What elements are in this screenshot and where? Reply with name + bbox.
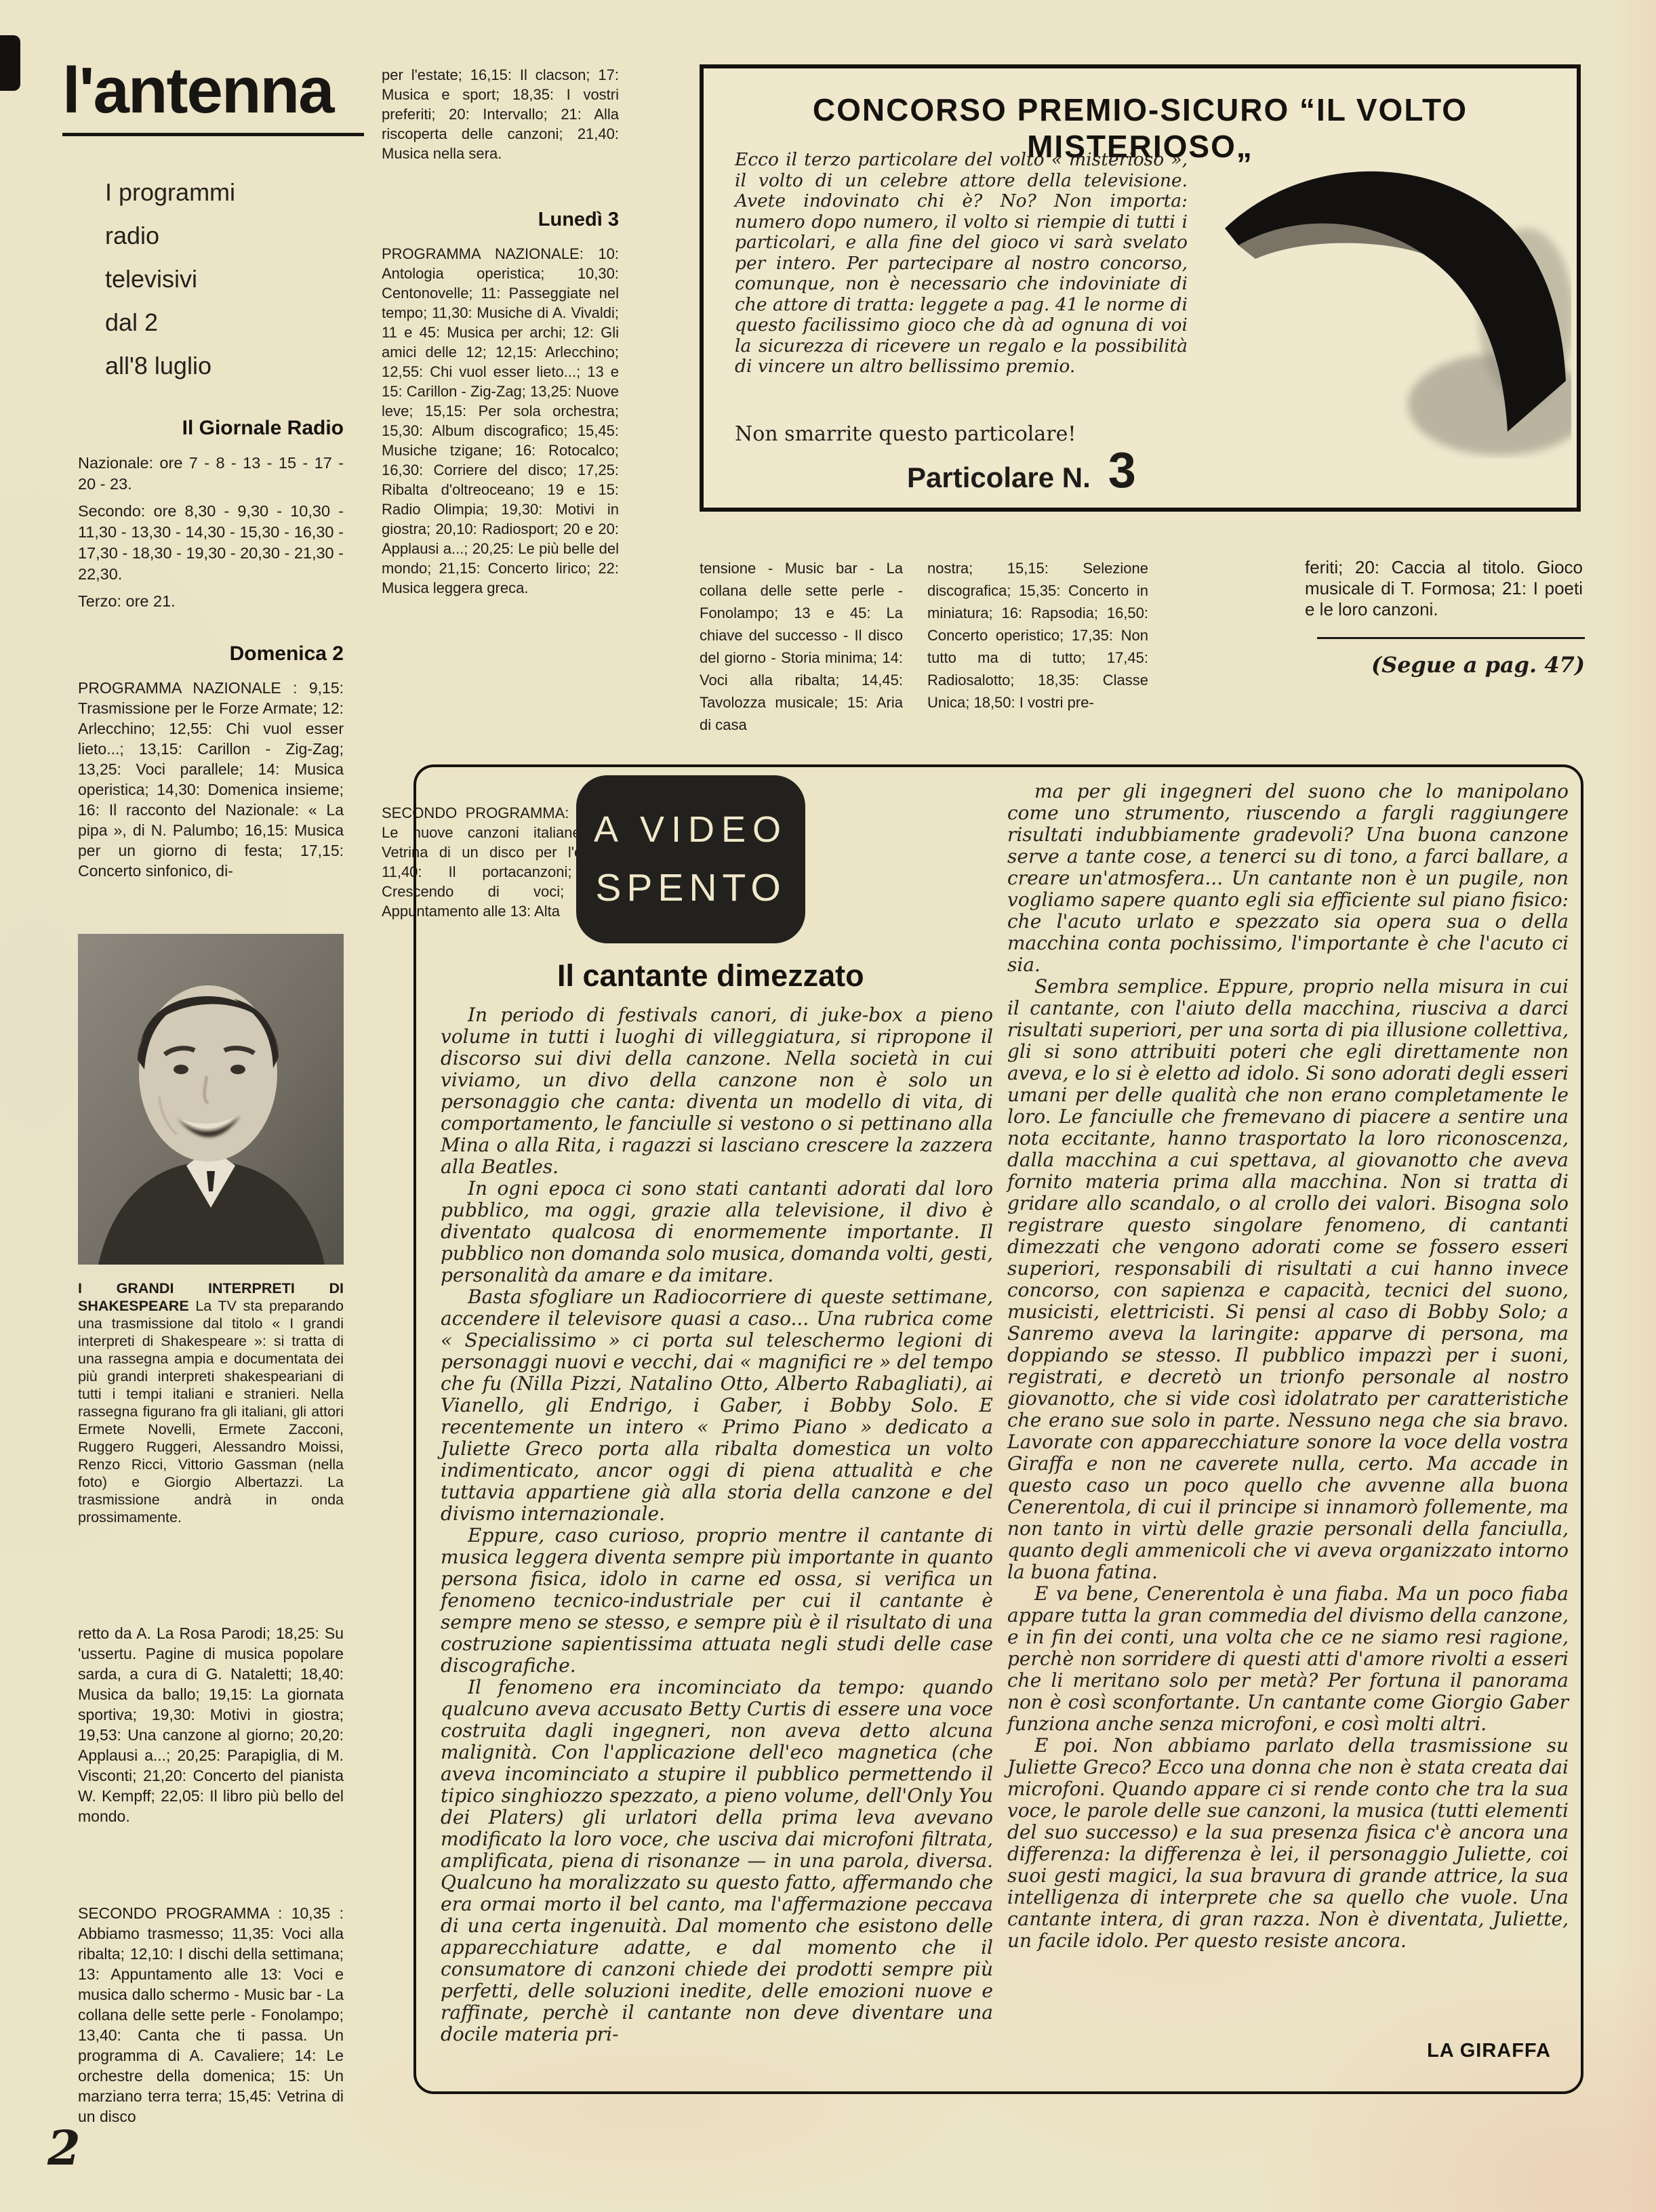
lunedi-secondo-part3: nostra; 15,15: Selezione discografica; 1… xyxy=(927,557,1148,714)
rubric-line1: A VIDEO xyxy=(594,808,788,851)
contest-body: Ecco il terzo particolare del volto « mi… xyxy=(735,150,1188,377)
giornale-radio-schedule: Nazionale: ore 7 - 8 - 13 - 15 - 17 - 20… xyxy=(78,453,344,612)
masthead-rule xyxy=(62,133,364,136)
schedule-secondo: Secondo: ore 8,30 - 9,30 - 10,30 - 11,30… xyxy=(78,501,344,585)
masthead-title: l'antenna xyxy=(62,58,334,123)
article-paragraph: E va bene, Cenerentola è una fiaba. Ma u… xyxy=(1007,1583,1569,1735)
domenica-nazionale-part2: retto da A. La Rosa Parodi; 18,25: Su 'u… xyxy=(78,1623,344,1826)
lunedi-nazionale: PROGRAMMA NAZIONALE: 10: Antologia operi… xyxy=(382,244,619,598)
rubric-tv-badge: A VIDEO SPENTO xyxy=(576,775,805,943)
article-paragraph: Il fenomeno era incominciato da tempo: q… xyxy=(441,1677,993,2045)
contest-warning: Non smarrite questo particolare! xyxy=(735,422,1076,446)
magazine-page: { "page": { "number": "2", "masthead": "… xyxy=(0,0,1656,2212)
article-paragraph: ma per gli ingegneri del suono che lo ma… xyxy=(1007,781,1569,976)
article-signature: LA GIRAFFA xyxy=(1427,2040,1551,2062)
continuation-note: (Segue a pag. 47) xyxy=(1317,652,1585,678)
domenica-secondo-part1: SECONDO PROGRAMMA : 10,35 : Abbiamo tras… xyxy=(78,1903,344,2127)
domenica-secondo-part2: per l'estate; 16,15: Il clacson; 17: Mus… xyxy=(382,65,619,163)
photo-caption: I GRANDI INTERPRETI DI SHAKESPEARE La TV… xyxy=(78,1279,344,1526)
intro-line: I programmi xyxy=(105,171,235,214)
continuation-rule xyxy=(1317,637,1585,639)
intro-line: dal 2 xyxy=(105,301,235,344)
lunedi-heading: Lunedì 3 xyxy=(382,209,619,231)
intro-line: televisivi xyxy=(105,258,235,301)
giornale-radio-heading: Il Giornale Radio xyxy=(78,417,344,440)
article-column-left: In periodo di festivals canori, di juke-… xyxy=(441,1004,993,2045)
article-paragraph: Eppure, caso curioso, proprio mentre il … xyxy=(441,1525,993,1677)
mystery-face-fragment-photo xyxy=(1188,113,1571,459)
domenica-heading: Domenica 2 xyxy=(78,642,344,665)
contest-particular: Particolare N. 3 xyxy=(907,445,1136,495)
gassman-photo xyxy=(78,934,344,1265)
contest-box: CONCORSO PREMIO-SICURO “IL VOLTO MISTERI… xyxy=(700,64,1581,512)
caption-text: La TV sta preparando una trasmissione da… xyxy=(78,1298,344,1525)
rubric-line2: SPENTO xyxy=(595,865,786,910)
intro-line: all'8 luglio xyxy=(105,344,235,388)
schedule-terzo: Terzo: ore 21. xyxy=(78,591,344,612)
paper-tint-right-edge xyxy=(1613,0,1656,2212)
domenica-nazionale-part1: PROGRAMMA NAZIONALE : 9,15: Trasmissione… xyxy=(78,678,344,881)
article-column-right: ma per gli ingegneri del suono che lo ma… xyxy=(1007,781,1569,1952)
scan-mark-top-left xyxy=(0,35,20,91)
particular-number: 3 xyxy=(1108,445,1136,495)
particular-label: Particolare N. xyxy=(907,462,1091,494)
article-paragraph: Sembra semplice. Eppure, proprio nella m… xyxy=(1007,976,1569,1583)
article-headline: Il cantante dimezzato xyxy=(557,958,864,994)
article-box: A VIDEO SPENTO Il cantante dimezzato In … xyxy=(413,764,1583,2094)
lunedi-secondo-part2: tensione - Music bar - La collana delle … xyxy=(700,557,903,736)
lunedi-secondo-part4: feriti; 20: Caccia al titolo. Gioco musi… xyxy=(1305,557,1583,620)
intro-lines: I programmi radio televisivi dal 2 all'8… xyxy=(105,171,235,388)
article-paragraph: Basta sfogliare un Radiocorriere di ques… xyxy=(441,1286,993,1525)
article-paragraph: In periodo di festivals canori, di juke-… xyxy=(441,1004,993,1178)
article-paragraph: E poi. Non abbiamo parlato della trasmis… xyxy=(1007,1735,1569,1952)
schedule-nazionale: Nazionale: ore 7 - 8 - 13 - 15 - 17 - 20… xyxy=(78,453,344,495)
page-number: 2 xyxy=(47,2120,81,2176)
article-paragraph: In ogni epoca ci sono stati cantanti ado… xyxy=(441,1178,993,1286)
intro-line: radio xyxy=(105,214,235,258)
